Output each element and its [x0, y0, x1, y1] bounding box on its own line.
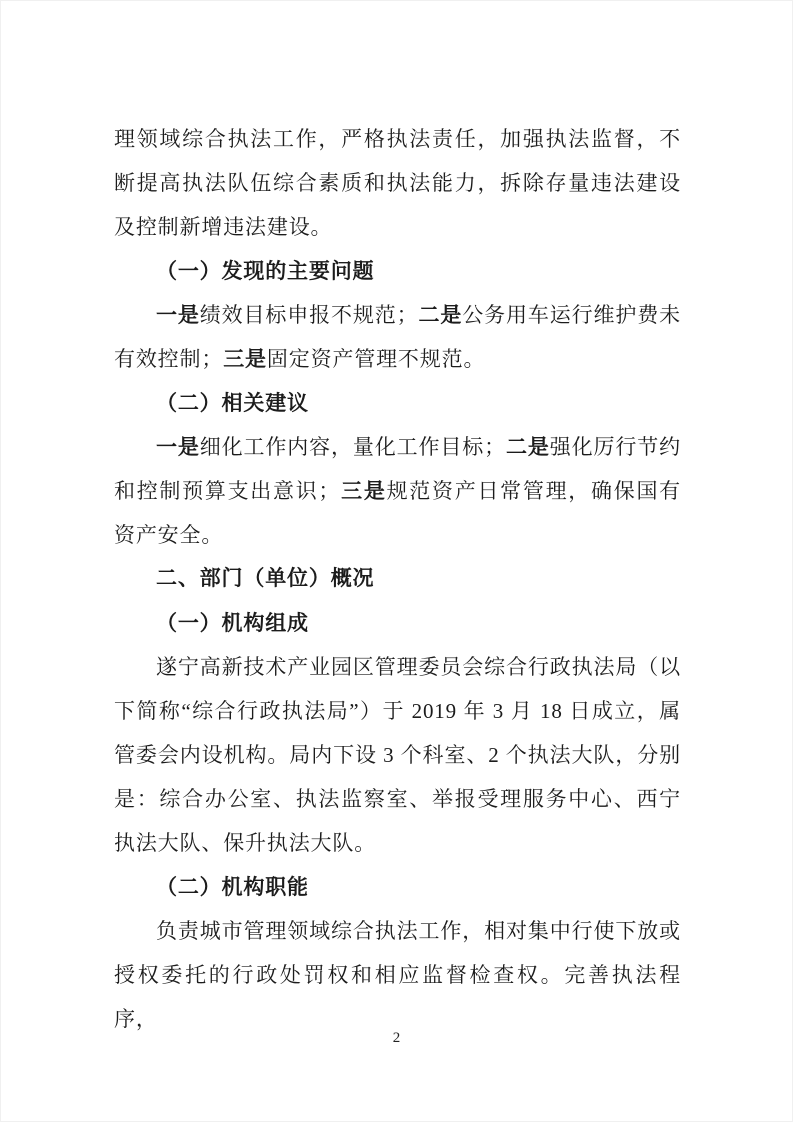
text-segment: 细化工作内容，量化工作目标； [200, 435, 506, 459]
subsection-heading: （二）相关建议 [114, 381, 681, 425]
subsection-heading: （二）机构职能 [114, 865, 681, 909]
body-paragraph: 遂宁高新技术产业园区管理委员会综合行政执法局（以下简称“综合行政执法局”）于 2… [114, 645, 681, 865]
text-segment: 遂宁高新技术产业园区管理委员会综合行政执法局（以下简称“综合行政执法局”）于 2… [114, 655, 681, 855]
body-paragraph: 理领域综合执法工作，严格执法责任，加强执法监督，不断提高执法队伍综合素质和执法能… [114, 117, 681, 249]
bold-lead-in: 三是 [340, 479, 386, 503]
bold-lead-in: 三是 [223, 347, 267, 371]
body-paragraph: 一是绩效目标申报不规范；二是公务用车运行维护费未有效控制；三是固定资产管理不规范… [114, 293, 681, 381]
text-segment: 绩效目标申报不规范； [200, 303, 419, 327]
text-segment: 固定资产管理不规范。 [267, 347, 485, 371]
body-paragraph: 一是细化工作内容，量化工作目标；二是强化厉行节约和控制预算支出意识；三是规范资产… [114, 425, 681, 557]
bold-lead-in: （一）发现的主要问题 [156, 259, 374, 283]
bold-lead-in: 二是 [418, 303, 462, 327]
body-paragraph: 负责城市管理领域综合执法工作，相对集中行使下放或授权委托的行政处罚权和相应监督检… [114, 909, 681, 1041]
section-heading: 二、部门（单位）概况 [114, 557, 681, 601]
bold-lead-in: 二、部门（单位）概况 [156, 567, 374, 590]
document-page: 理领域综合执法工作，严格执法责任，加强执法监督，不断提高执法队伍综合素质和执法能… [0, 0, 793, 1122]
subsection-heading: （一）发现的主要问题 [114, 249, 681, 293]
subsection-heading: （一）机构组成 [114, 601, 681, 645]
bold-lead-in: （一）机构组成 [156, 611, 309, 635]
bold-lead-in: （二）机构职能 [156, 875, 309, 899]
bold-lead-in: 一是 [156, 435, 200, 459]
bold-lead-in: 一是 [156, 303, 200, 327]
text-segment: 负责城市管理领域综合执法工作，相对集中行使下放或授权委托的行政处罚权和相应监督检… [114, 919, 681, 1031]
bold-lead-in: （二）相关建议 [156, 391, 309, 415]
page-number: 2 [1, 1027, 792, 1049]
text-segment: 理领域综合执法工作，严格执法责任，加强执法监督，不断提高执法队伍综合素质和执法能… [114, 127, 681, 239]
document-content: 理领域综合执法工作，严格执法责任，加强执法监督，不断提高执法队伍综合素质和执法能… [114, 117, 681, 1041]
bold-lead-in: 二是 [506, 435, 550, 459]
